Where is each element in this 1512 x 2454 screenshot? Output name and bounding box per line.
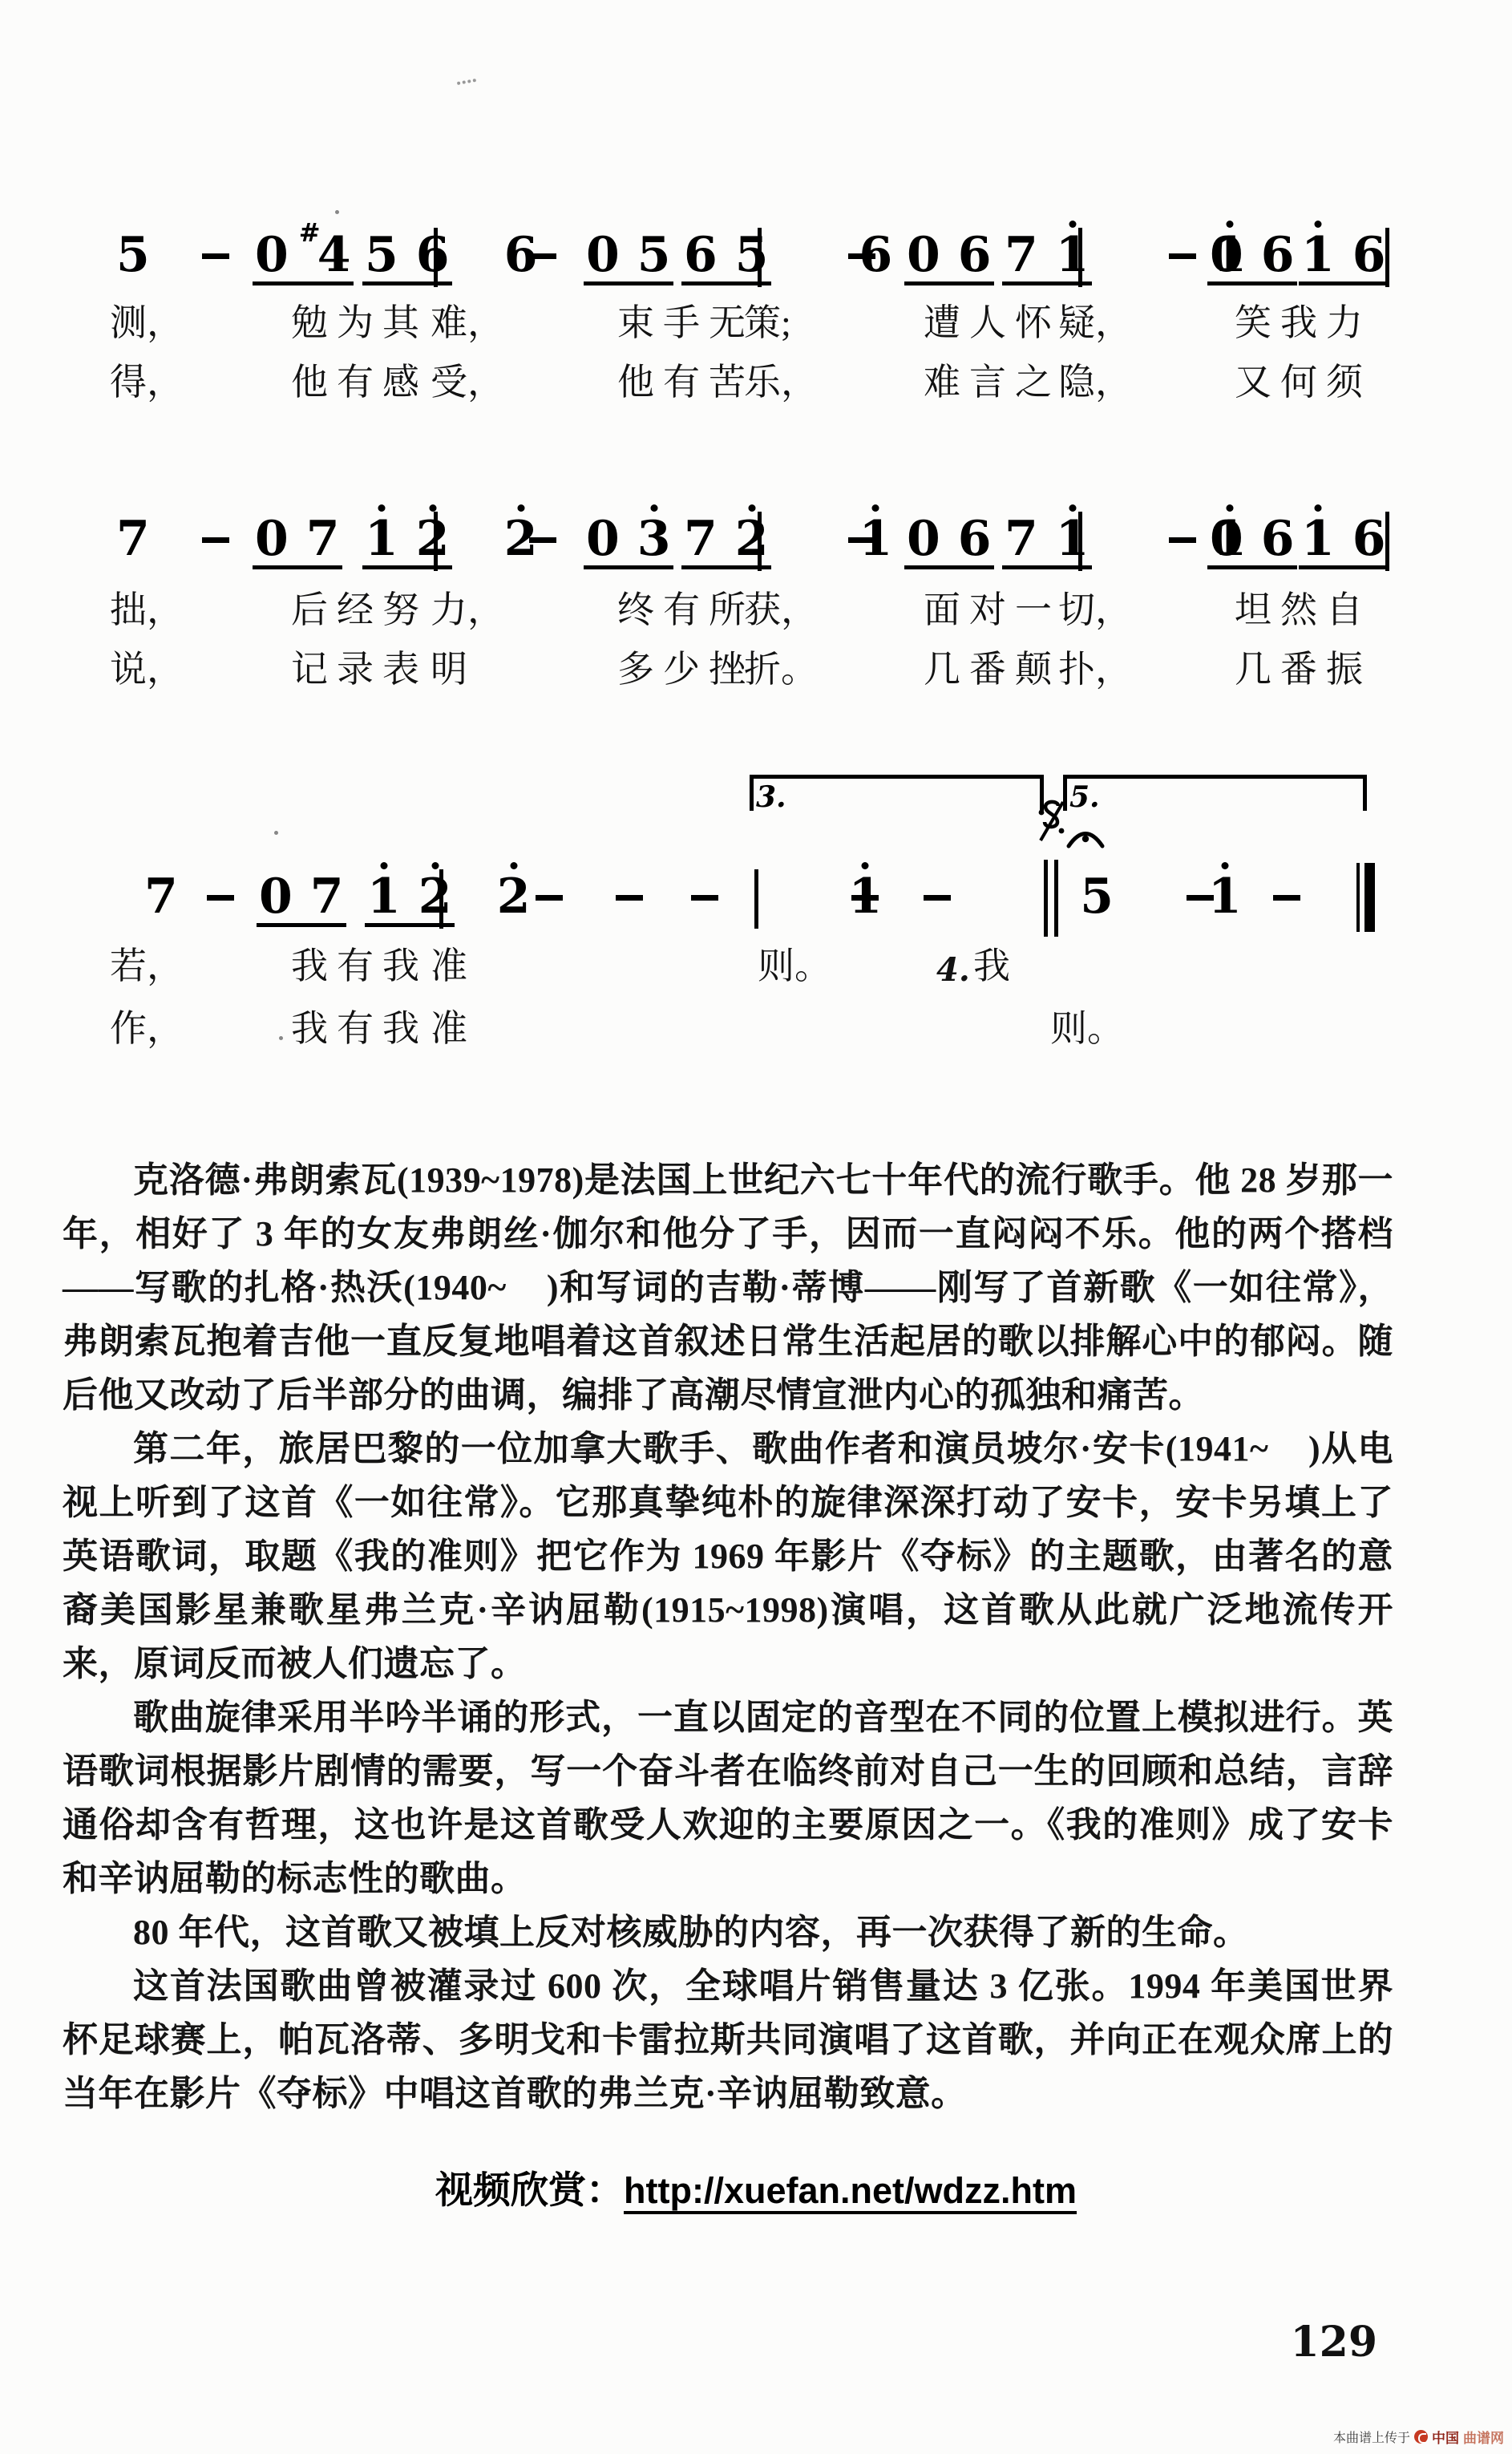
barline: [1385, 512, 1389, 571]
beam-group: 06: [904, 515, 994, 569]
rest-dash: [202, 253, 229, 259]
lyric-syllable: 何: [1280, 362, 1317, 403]
beam-group: 05: [584, 231, 673, 285]
note: 6: [1352, 231, 1386, 279]
lyric-syllable: 受，: [431, 362, 504, 403]
octave-dot: [1314, 221, 1321, 228]
lyric-syllable: 则。: [1050, 1009, 1124, 1050]
note: 6: [958, 515, 992, 563]
note: 0: [1210, 515, 1243, 563]
note: 6: [416, 231, 450, 279]
lyric-syllable: 后: [291, 590, 328, 631]
beam-group: 12: [362, 515, 452, 569]
rest-dash: [536, 895, 563, 901]
article: 克洛德·弗朗索瓦(1939~1978)是法国上世纪六七十年代的流行歌手。他 28…: [63, 1153, 1393, 2120]
octave-dot: [431, 862, 439, 869]
lyric-syllable: 为: [337, 303, 374, 344]
lyric-syllable: 努: [382, 590, 419, 631]
rest-dash: [691, 895, 718, 901]
lyric-syllable: 我: [291, 1009, 328, 1050]
lyric-syllable: 作，: [110, 1009, 184, 1050]
rest-dash: [529, 537, 556, 543]
video-link-line: 视频欣赏：http://xuefan.net/wdzz.htm: [0, 2160, 1512, 2214]
lyric-syllable: 几: [1235, 650, 1271, 690]
barline: [434, 512, 438, 571]
lyric-syllable: 有: [663, 590, 700, 631]
scan-smudge: [279, 1036, 283, 1040]
site-name-light: 曲谱网: [1463, 2427, 1504, 2447]
page-number: 129: [1290, 2318, 1377, 2367]
lyric-syllable: 人: [969, 303, 1006, 344]
scanned-page: 504#56605656067110616 707122037210671106…: [0, 0, 1512, 2454]
lyric-syllable: 策;: [744, 303, 791, 344]
note: 7: [1005, 515, 1038, 563]
rest-dash: [851, 895, 879, 901]
lyric-syllable: 获，: [744, 590, 818, 631]
note: 7: [684, 515, 718, 563]
video-label: 视频欣赏：: [435, 2170, 624, 2212]
paragraph: 克洛德·弗朗索瓦(1939~1978)是法国上世纪六七十年代的流行歌手。他 28…: [63, 1153, 1393, 1422]
rest-dash: [1187, 895, 1214, 901]
lyric-syllable: 说，: [110, 650, 184, 690]
lyric-syllable: 束: [617, 303, 654, 344]
rest-dash: [848, 253, 875, 259]
lyric-syllable: 乐，: [744, 362, 818, 403]
barline: [758, 512, 762, 571]
lyric-syllable: 然: [1280, 590, 1317, 631]
lyric-syllable: 切，: [1058, 590, 1132, 631]
volta-label: 5.: [1069, 780, 1100, 814]
barline: [1385, 228, 1389, 287]
lyric-syllable: 记: [291, 650, 328, 690]
octave-dot: [429, 504, 436, 512]
barline: [758, 228, 762, 287]
rest-dash: [848, 537, 875, 543]
lyric-syllable: 有: [663, 362, 700, 403]
watermark-text: 本曲谱上传于: [1333, 2428, 1410, 2446]
lyric-syllable: 遭: [924, 303, 960, 344]
note: 1: [365, 515, 398, 563]
lyric-syllable: 我: [382, 946, 419, 987]
lyric-syllable: 力，: [431, 590, 504, 631]
volta-bracket-5: 5.: [1063, 775, 1367, 814]
note: 6: [684, 231, 718, 279]
note: 2: [735, 515, 769, 563]
rest-dash: [924, 895, 951, 901]
lyric-syllable: 坦: [1235, 590, 1271, 631]
lyric-syllable: 得，: [110, 362, 184, 403]
note: 7: [310, 873, 344, 921]
lyric-syllable: 感: [382, 362, 419, 403]
note: 0: [1210, 231, 1243, 279]
lyric-syllable: 我: [382, 1009, 419, 1050]
note: 1: [1056, 515, 1090, 563]
site-name-strong: 中国: [1432, 2427, 1459, 2447]
paragraph: 第二年，旅居巴黎的一位加拿大歌手、歌曲作者和演员坡尔·安卡(1941~ )从电视…: [63, 1422, 1393, 1691]
note: 5: [637, 231, 671, 279]
verse-number: 4.: [936, 946, 970, 989]
lyric-syllable: 拙，: [110, 590, 184, 631]
note: 2: [497, 873, 531, 921]
lyric-syllable: 他: [291, 362, 328, 403]
lyric-syllable: 番: [969, 650, 1006, 690]
watermark: 本曲谱上传于 中国 曲谱网: [1333, 2427, 1504, 2447]
lyric-syllable: 多: [617, 650, 654, 690]
beam-group: 06: [1207, 515, 1297, 569]
lyric-syllable: 又: [1235, 362, 1271, 403]
note: 4#: [317, 231, 351, 279]
lyric-syllable: 其: [382, 303, 419, 344]
note: 5: [1080, 873, 1114, 921]
lyric-syllable: 准: [431, 1009, 467, 1050]
note: 5: [365, 231, 398, 279]
lyric-syllable: 所: [709, 590, 746, 631]
lyric-syllable: 振: [1326, 650, 1363, 690]
note: 5: [116, 231, 150, 279]
lyric-syllable: 我: [973, 946, 1010, 987]
lyric-syllable: 须: [1326, 362, 1363, 403]
beam-group: 16: [1299, 515, 1389, 569]
note: 2: [416, 515, 450, 563]
lyric-syllable: 难: [924, 362, 960, 403]
lyric-syllable: 挫: [709, 650, 746, 690]
lyric-syllable: 折。: [744, 650, 818, 690]
lyric-syllable: 面: [924, 590, 960, 631]
site-logo-icon: [1414, 2430, 1428, 2444]
note: 5: [735, 231, 769, 279]
volta-bracket-3: 3.: [750, 775, 1044, 814]
barline: [1078, 512, 1082, 571]
rest-dash: [202, 537, 229, 543]
note: 7: [306, 515, 340, 563]
octave-dot: [862, 862, 869, 869]
note: 1: [1301, 515, 1335, 563]
lyric-syllable: 明: [431, 650, 467, 690]
lyric-syllable: 疑，: [1058, 303, 1132, 344]
note: 7: [1005, 231, 1038, 279]
note: 6: [1352, 515, 1386, 563]
rest-dash: [616, 895, 643, 901]
lyric-syllable: 怀: [1015, 303, 1052, 344]
rest-dash: [1273, 895, 1300, 901]
octave-dot: [1069, 221, 1076, 228]
octave-dot: [378, 504, 385, 512]
octave-dot: [1314, 504, 1321, 512]
lyric-syllable: 有: [337, 946, 374, 987]
rest-dash: [529, 253, 556, 259]
note: 1: [367, 873, 401, 921]
note: 3: [637, 515, 671, 563]
octave-dot: [1069, 504, 1076, 512]
scan-smudge: [335, 210, 339, 214]
octave-dot: [650, 504, 657, 512]
note: 0: [586, 515, 620, 563]
rest-dash: [1169, 537, 1196, 543]
volta-tick: [750, 779, 754, 811]
lyric-syllable: 言: [969, 362, 1006, 403]
beam-group: 04#: [253, 231, 354, 285]
video-url-link[interactable]: http://xuefan.net/wdzz.htm: [624, 2170, 1077, 2214]
beam-group: 06: [1207, 231, 1297, 285]
note: 0: [907, 515, 940, 563]
note: 1: [1056, 231, 1090, 279]
lyric-syllable: 终: [617, 590, 654, 631]
lyric-syllable: 手: [663, 303, 700, 344]
octave-dot: [517, 504, 524, 512]
lyric-syllable: 无: [709, 303, 746, 344]
paragraph: 80 年代，这首歌又被填上反对核威胁的内容，再一次获得了新的生命。: [63, 1905, 1393, 1959]
lyric-syllable: 番: [1280, 650, 1317, 690]
scan-smudge: [274, 831, 278, 835]
lyric-syllable: 有: [337, 362, 374, 403]
rest-dash: [207, 895, 234, 901]
lyric-syllable: 录: [337, 650, 374, 690]
lyric-syllable: 力: [1326, 303, 1363, 344]
lyric-syllable: 之: [1015, 362, 1052, 403]
lyric-syllable: 对: [969, 590, 1006, 631]
segno-icon: [1036, 799, 1068, 848]
lyric-syllable: 我: [1280, 303, 1317, 344]
lyric-syllable: 隐，: [1058, 362, 1132, 403]
lyric-syllable: 他: [617, 362, 654, 403]
note: 0: [255, 231, 289, 279]
note: 0: [907, 231, 940, 279]
note: 6: [958, 231, 992, 279]
rest-dash: [1169, 253, 1196, 259]
scan-smudge: [457, 79, 476, 85]
lyric-syllable: 少: [663, 650, 700, 690]
lyric-syllable: 苦: [709, 362, 746, 403]
beam-group: 07: [257, 873, 346, 927]
lyric-syllable: 表: [382, 650, 419, 690]
barline: [439, 869, 443, 929]
note: 6: [1261, 231, 1295, 279]
note: 2: [418, 873, 452, 921]
beam-group: 07: [253, 515, 342, 569]
lyric-syllable: 勉: [291, 303, 328, 344]
lyric-syllable: 自: [1326, 590, 1363, 631]
note: 0: [259, 873, 293, 921]
lyric-syllable: 一: [1015, 590, 1052, 631]
fermata-icon: [1065, 820, 1106, 854]
final-barline: [1356, 863, 1375, 932]
note: 0: [255, 515, 289, 563]
paragraph: 歌曲旋律采用半吟半诵的形式，一直以固定的音型在不同的位置上模拟进行。英语歌词根据…: [63, 1691, 1393, 1905]
lyric-syllable: 难，: [431, 303, 504, 344]
lyric-syllable: 经: [337, 590, 374, 631]
lyric-syllable: 扑，: [1058, 650, 1132, 690]
double-barline: [1044, 860, 1058, 937]
lyric-syllable: 几: [924, 650, 960, 690]
lyric-syllable: 颠: [1015, 650, 1052, 690]
barline: [754, 869, 758, 929]
note: 0: [586, 231, 620, 279]
note: 7: [116, 515, 150, 563]
beam-group: 06: [904, 231, 994, 285]
note: 1: [1301, 231, 1335, 279]
note: 7: [144, 873, 178, 921]
barline: [1078, 228, 1082, 287]
lyric-syllable: 笑: [1235, 303, 1271, 344]
lyric-syllable: 我: [291, 946, 328, 987]
lyric-syllable: 准: [431, 946, 467, 987]
lyric-syllable: 则。: [758, 946, 831, 987]
barline: [434, 228, 438, 287]
octave-dot: [872, 504, 879, 512]
sharp-sign: #: [299, 220, 321, 245]
volta-tick: [1363, 779, 1367, 811]
note: 6: [1261, 515, 1295, 563]
paragraph: 这首法国歌曲曾被灌录过 600 次，全球唱片销售量达 3 亿张。1994 年美国…: [63, 1959, 1393, 2120]
volta-label: 3.: [756, 780, 786, 814]
octave-dot: [1221, 862, 1228, 869]
octave-dot: [380, 862, 387, 869]
lyric-syllable: 有: [337, 1009, 374, 1050]
octave-dot: [748, 504, 755, 512]
lyric-syllable: 若，: [110, 946, 184, 987]
lyric-syllable: 测，: [110, 303, 184, 344]
octave-dot: [510, 862, 517, 869]
beam-group: 56: [362, 231, 452, 285]
beam-group: 16: [1299, 231, 1389, 285]
beam-group: 03: [584, 515, 673, 569]
